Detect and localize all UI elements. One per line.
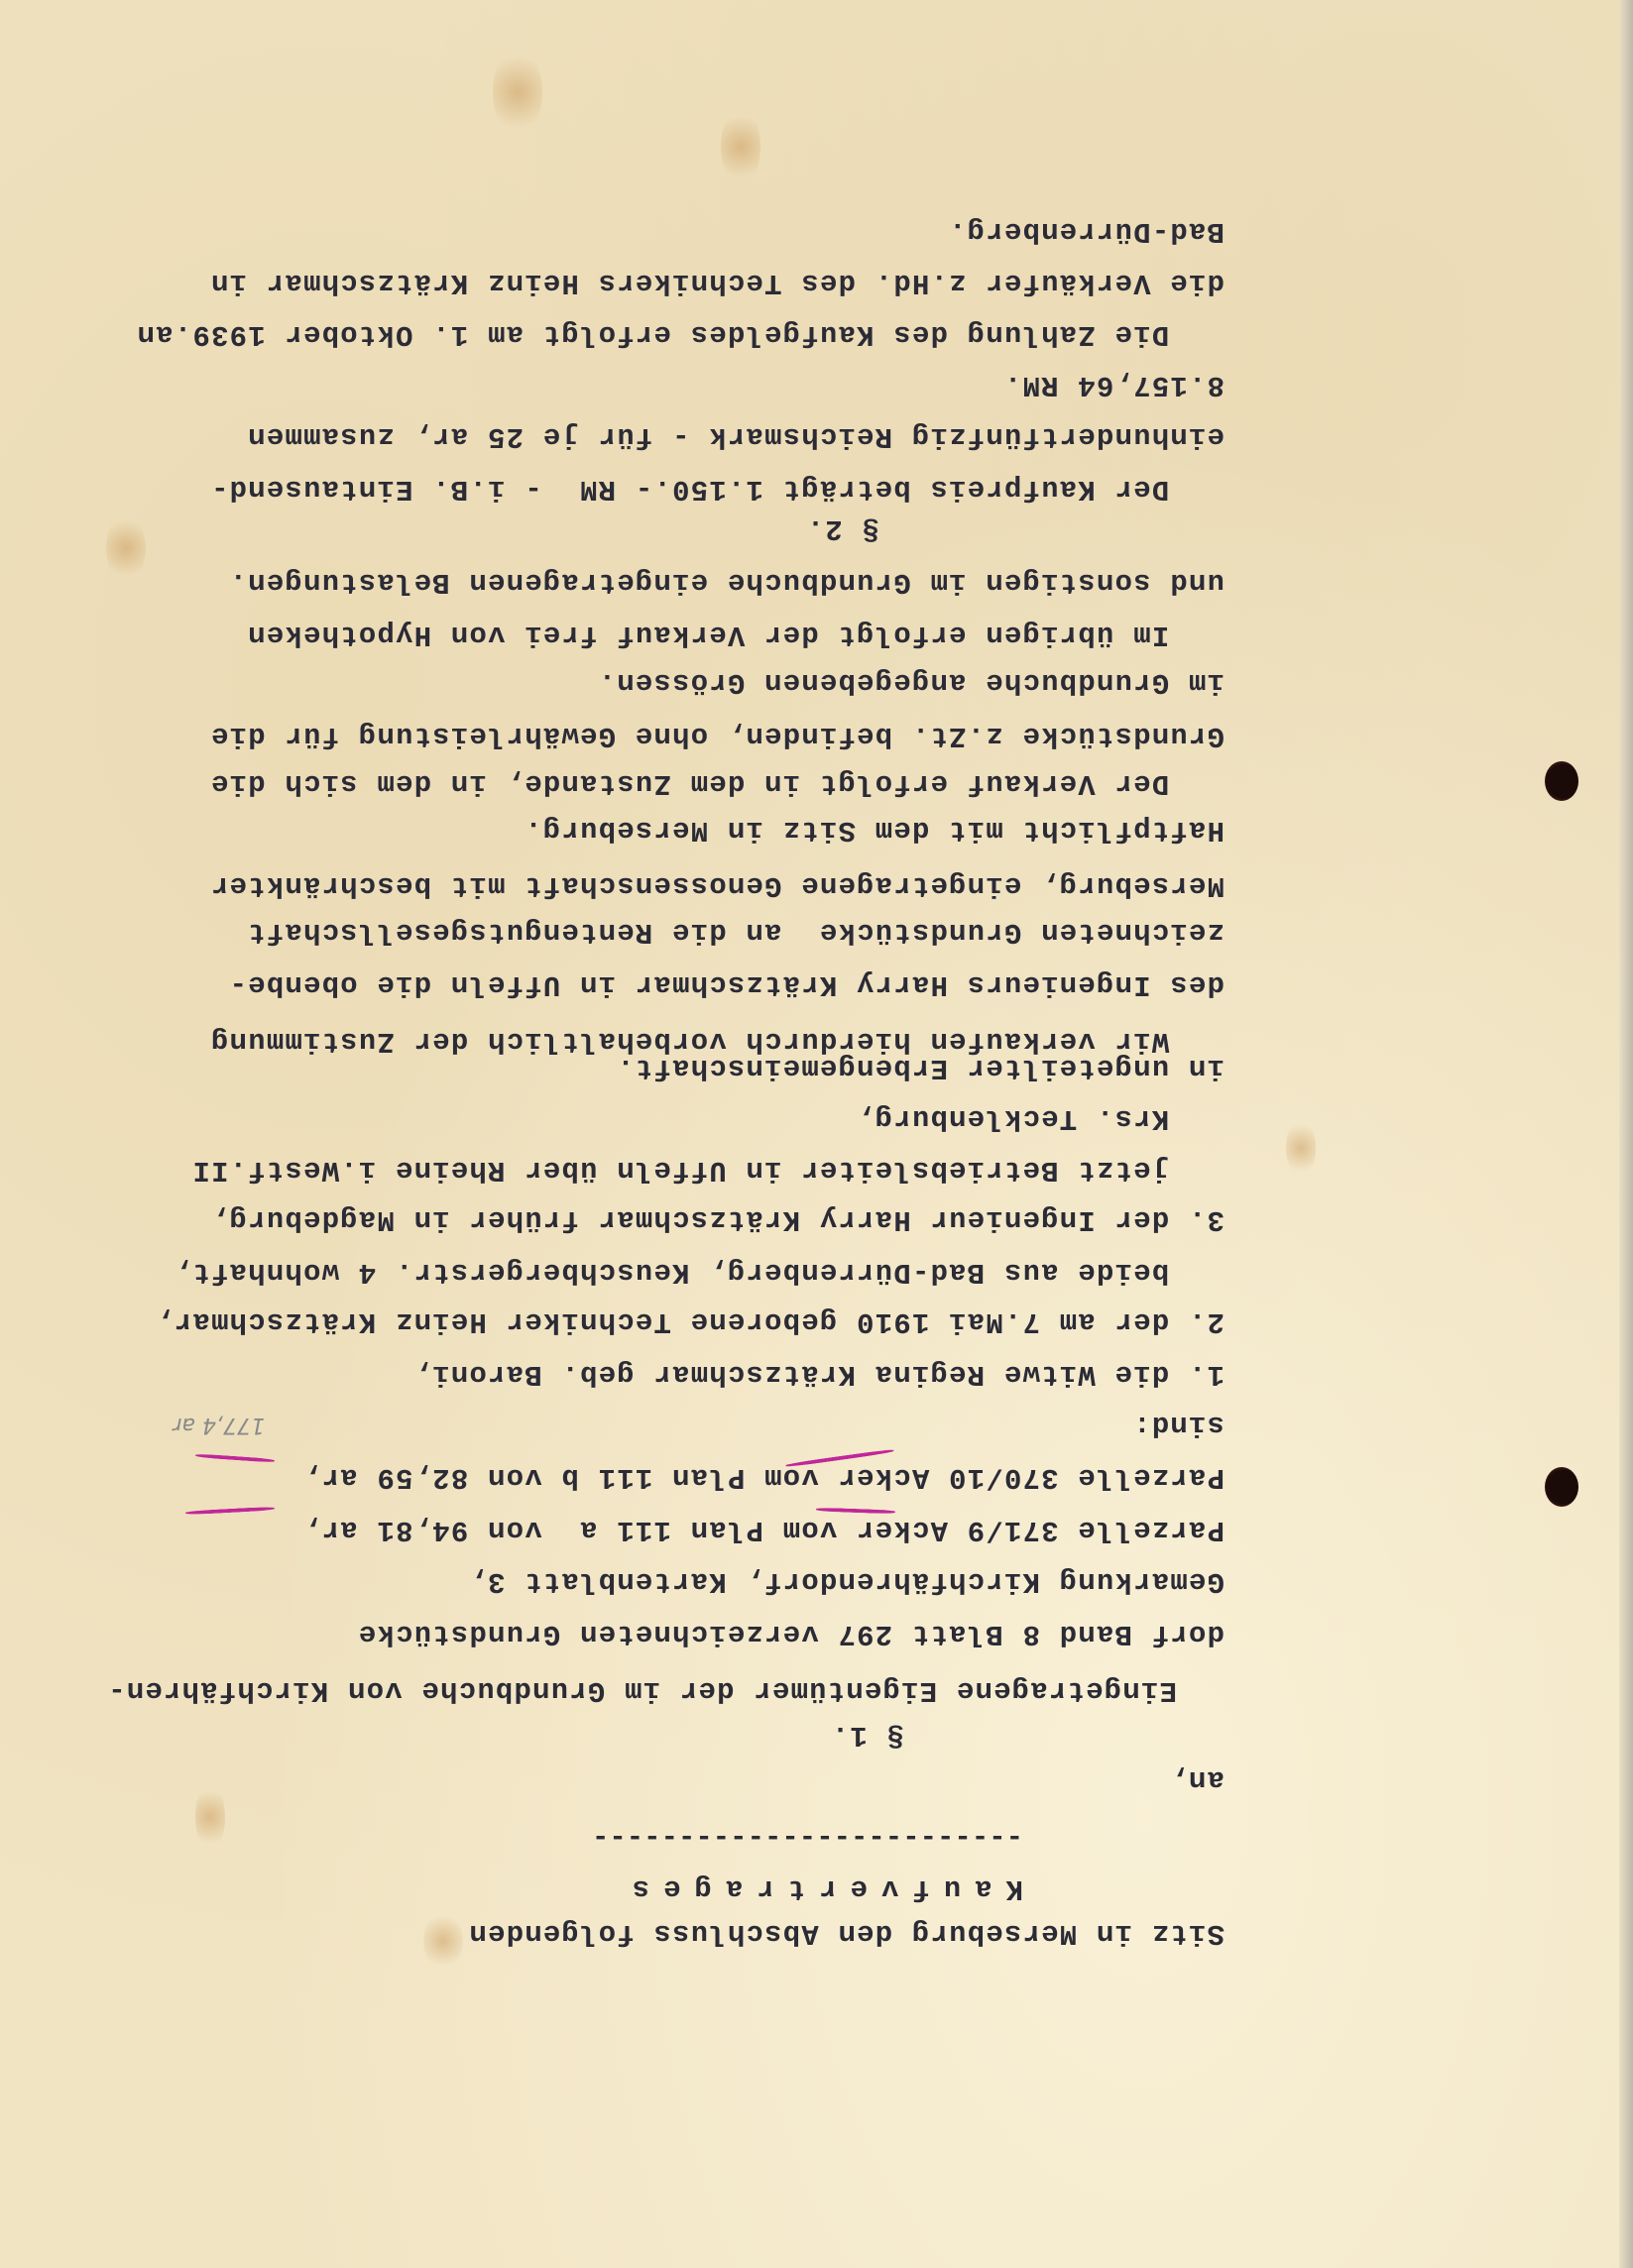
text-line: die Verkäufer z.Hd. des Technikers Heinz…	[210, 266, 1225, 299]
parcel-line: Parzelle 371/9 Acker vom Plan 111 a von …	[302, 1513, 1225, 1546]
underline-mark	[195, 1453, 275, 1463]
document-page: Sitz in Merseburg den Abschluss folgende…	[0, 0, 1633, 2268]
stain	[493, 48, 542, 137]
text-line: an,	[1169, 1762, 1225, 1796]
price-total: 8.157,64 RM.	[1003, 368, 1225, 401]
stain	[106, 513, 146, 583]
pencil-annotation: 177,4 ar	[173, 1413, 265, 1437]
text-line: des Ingenieurs Harry Krätzschmar in Uffe…	[228, 967, 1225, 1001]
stain	[1286, 1118, 1316, 1178]
title-underline: -------------------------	[592, 1820, 1023, 1854]
parcel-line: Parzelle 370/10 Acker vom Plan 111 b von…	[302, 1460, 1225, 1494]
intro-line: Sitz in Merseburg den Abschluss folgende…	[468, 1916, 1225, 1950]
text-line: Bad-Dürrenberg.	[948, 214, 1225, 248]
text-line: Die Zahlung des Kaufgeldes erfolgt am 1.…	[136, 317, 1225, 351]
owner-line: 3. der Ingenieur Harry Krätzschmar frühe…	[210, 1202, 1225, 1236]
text-line: Merseburg, eingetragene Genossenschaft m…	[210, 868, 1225, 902]
text-line: Der Verkauf erfolgt in dem Zustande, in …	[210, 766, 1225, 800]
text-line: dorf Band 8 Blatt 297 verzeichneten Grun…	[358, 1617, 1225, 1650]
stain	[721, 107, 760, 186]
owner-line: 2. der am 7.Mai 1910 geborene Techniker …	[155, 1304, 1225, 1338]
text-line: und sonstigen im Grundbuche eingetragene…	[228, 565, 1225, 599]
stain	[423, 1911, 463, 1971]
document-title: Kaufvertrages	[619, 1871, 1023, 1905]
text-line: Der Kaufpreis beträgt 1.150.- RM - i.B. …	[210, 472, 1225, 506]
stain	[195, 1782, 225, 1852]
page-edge	[1619, 0, 1633, 2268]
text-line: sind:	[1132, 1408, 1225, 1441]
text-line: Im übrigen erfolgt der Verkauf frei von …	[247, 618, 1225, 651]
owner-line: Krs. Tecklenburg,	[856, 1101, 1225, 1135]
owner-line: beide aus Bad-Dürrenberg, Keuschbergerst…	[174, 1255, 1225, 1289]
text-line: Grundstücke z.Zt. befinden, ohne Gewährl…	[210, 719, 1225, 752]
owner-line: 1. die Witwe Regina Krätzschmar geb. Bar…	[412, 1357, 1225, 1391]
underline-mark	[185, 1507, 275, 1516]
owner-line: jetzt Betriebsleiter in Uffeln über Rhei…	[191, 1153, 1225, 1187]
text-line: zeichneten Grundstücke an die Rentenguts…	[247, 915, 1225, 949]
text-line: Wir verkaufen hierdurch vorbehaltlich de…	[210, 1024, 1225, 1058]
section-heading-2: § 2.	[806, 511, 879, 545]
punch-hole	[1545, 761, 1578, 801]
text-line: Eingetragene Eigentümer der im Grundbuch…	[107, 1673, 1177, 1707]
punch-hole	[1545, 1467, 1578, 1507]
text-line: einhundertfünfzig Reichsmark - für je 25…	[247, 419, 1225, 453]
section-heading-1: § 1.	[831, 1718, 904, 1752]
text-line: im Grundbuche angegebenen Grössen.	[598, 665, 1225, 699]
text-line: Haftpflicht mit dem Sitz in Merseburg.	[524, 813, 1225, 847]
text-line: Gemarkung Kirchfährendorf, Kartenblatt 3…	[468, 1564, 1225, 1598]
